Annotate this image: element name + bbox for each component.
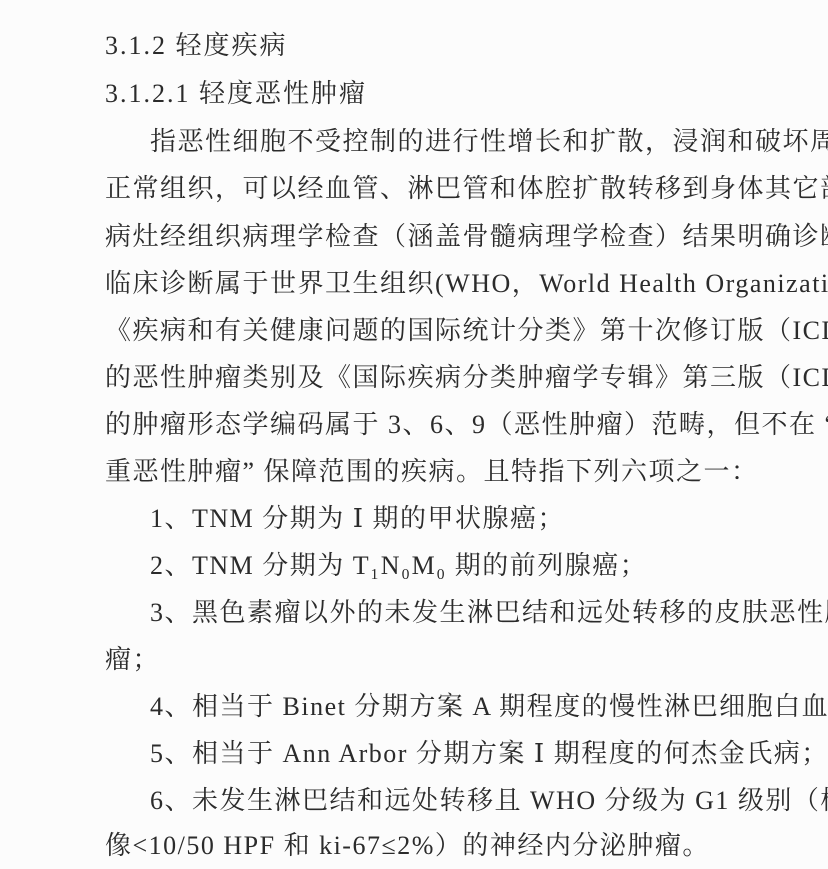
list-item-3-continuation: 瘤； xyxy=(105,647,160,673)
paragraph-line: 重恶性肿瘤” 保障范围的疾病。且特指下列六项之一： xyxy=(105,459,759,485)
document-page: 3.1.2 轻度疾病 3.1.2.1 轻度恶性肿瘤 指恶性细胞不受控制的进行性增… xyxy=(0,0,828,869)
paragraph-line: 指恶性细胞不受控制的进行性增长和扩散，浸润和破坏周围 xyxy=(150,129,828,155)
section-heading: 3.1.2 轻度疾病 xyxy=(105,33,288,59)
paragraph-line: 病灶经组织病理学检查（涵盖骨髓病理学检查）结果明确诊断， xyxy=(105,224,828,250)
list-item-2: 2、TNM 分期为 T₁N₀M₀ 期的前列腺癌； xyxy=(150,553,647,579)
paragraph-line: 正常组织，可以经血管、淋巴管和体腔扩散转移到身体其它部位， xyxy=(105,176,828,202)
paragraph-line: 《疾病和有关健康问题的国际统计分类》第十次修订版（ICD-10） xyxy=(105,318,828,344)
paragraph-line: 的肿瘤形态学编码属于 3、6、9（恶性肿瘤）范畴，但不在 “严 xyxy=(105,412,828,438)
paragraph-line: 的恶性肿瘤类别及《国际疾病分类肿瘤学专辑》第三版（ICD-O-3） xyxy=(105,365,828,391)
list-item-3: 3、黑色素瘤以外的未发生淋巴结和远处转移的皮肤恶性肿 xyxy=(150,600,828,626)
list-item-4: 4、相当于 Binet 分期方案 A 期程度的慢性淋巴细胞白血病； xyxy=(150,694,828,720)
subsection-heading: 3.1.2.1 轻度恶性肿瘤 xyxy=(105,81,367,107)
list-item-6: 6、未发生淋巴结和远处转移且 WHO 分级为 G1 级别（核分裂 xyxy=(150,788,828,814)
paragraph-line: 临床诊断属于世界卫生组织(WHO，World Health Organizati… xyxy=(105,271,828,297)
list-item-1: 1、TNM 分期为 Ⅰ 期的甲状腺癌； xyxy=(150,506,565,532)
list-item-6-continuation: 像<10/50 HPF 和 ki-67≤2%）的神经内分泌肿瘤。 xyxy=(105,833,710,859)
list-item-5: 5、相当于 Ann Arbor 分期方案 Ⅰ 期程度的何杰金氏病； xyxy=(150,741,828,767)
